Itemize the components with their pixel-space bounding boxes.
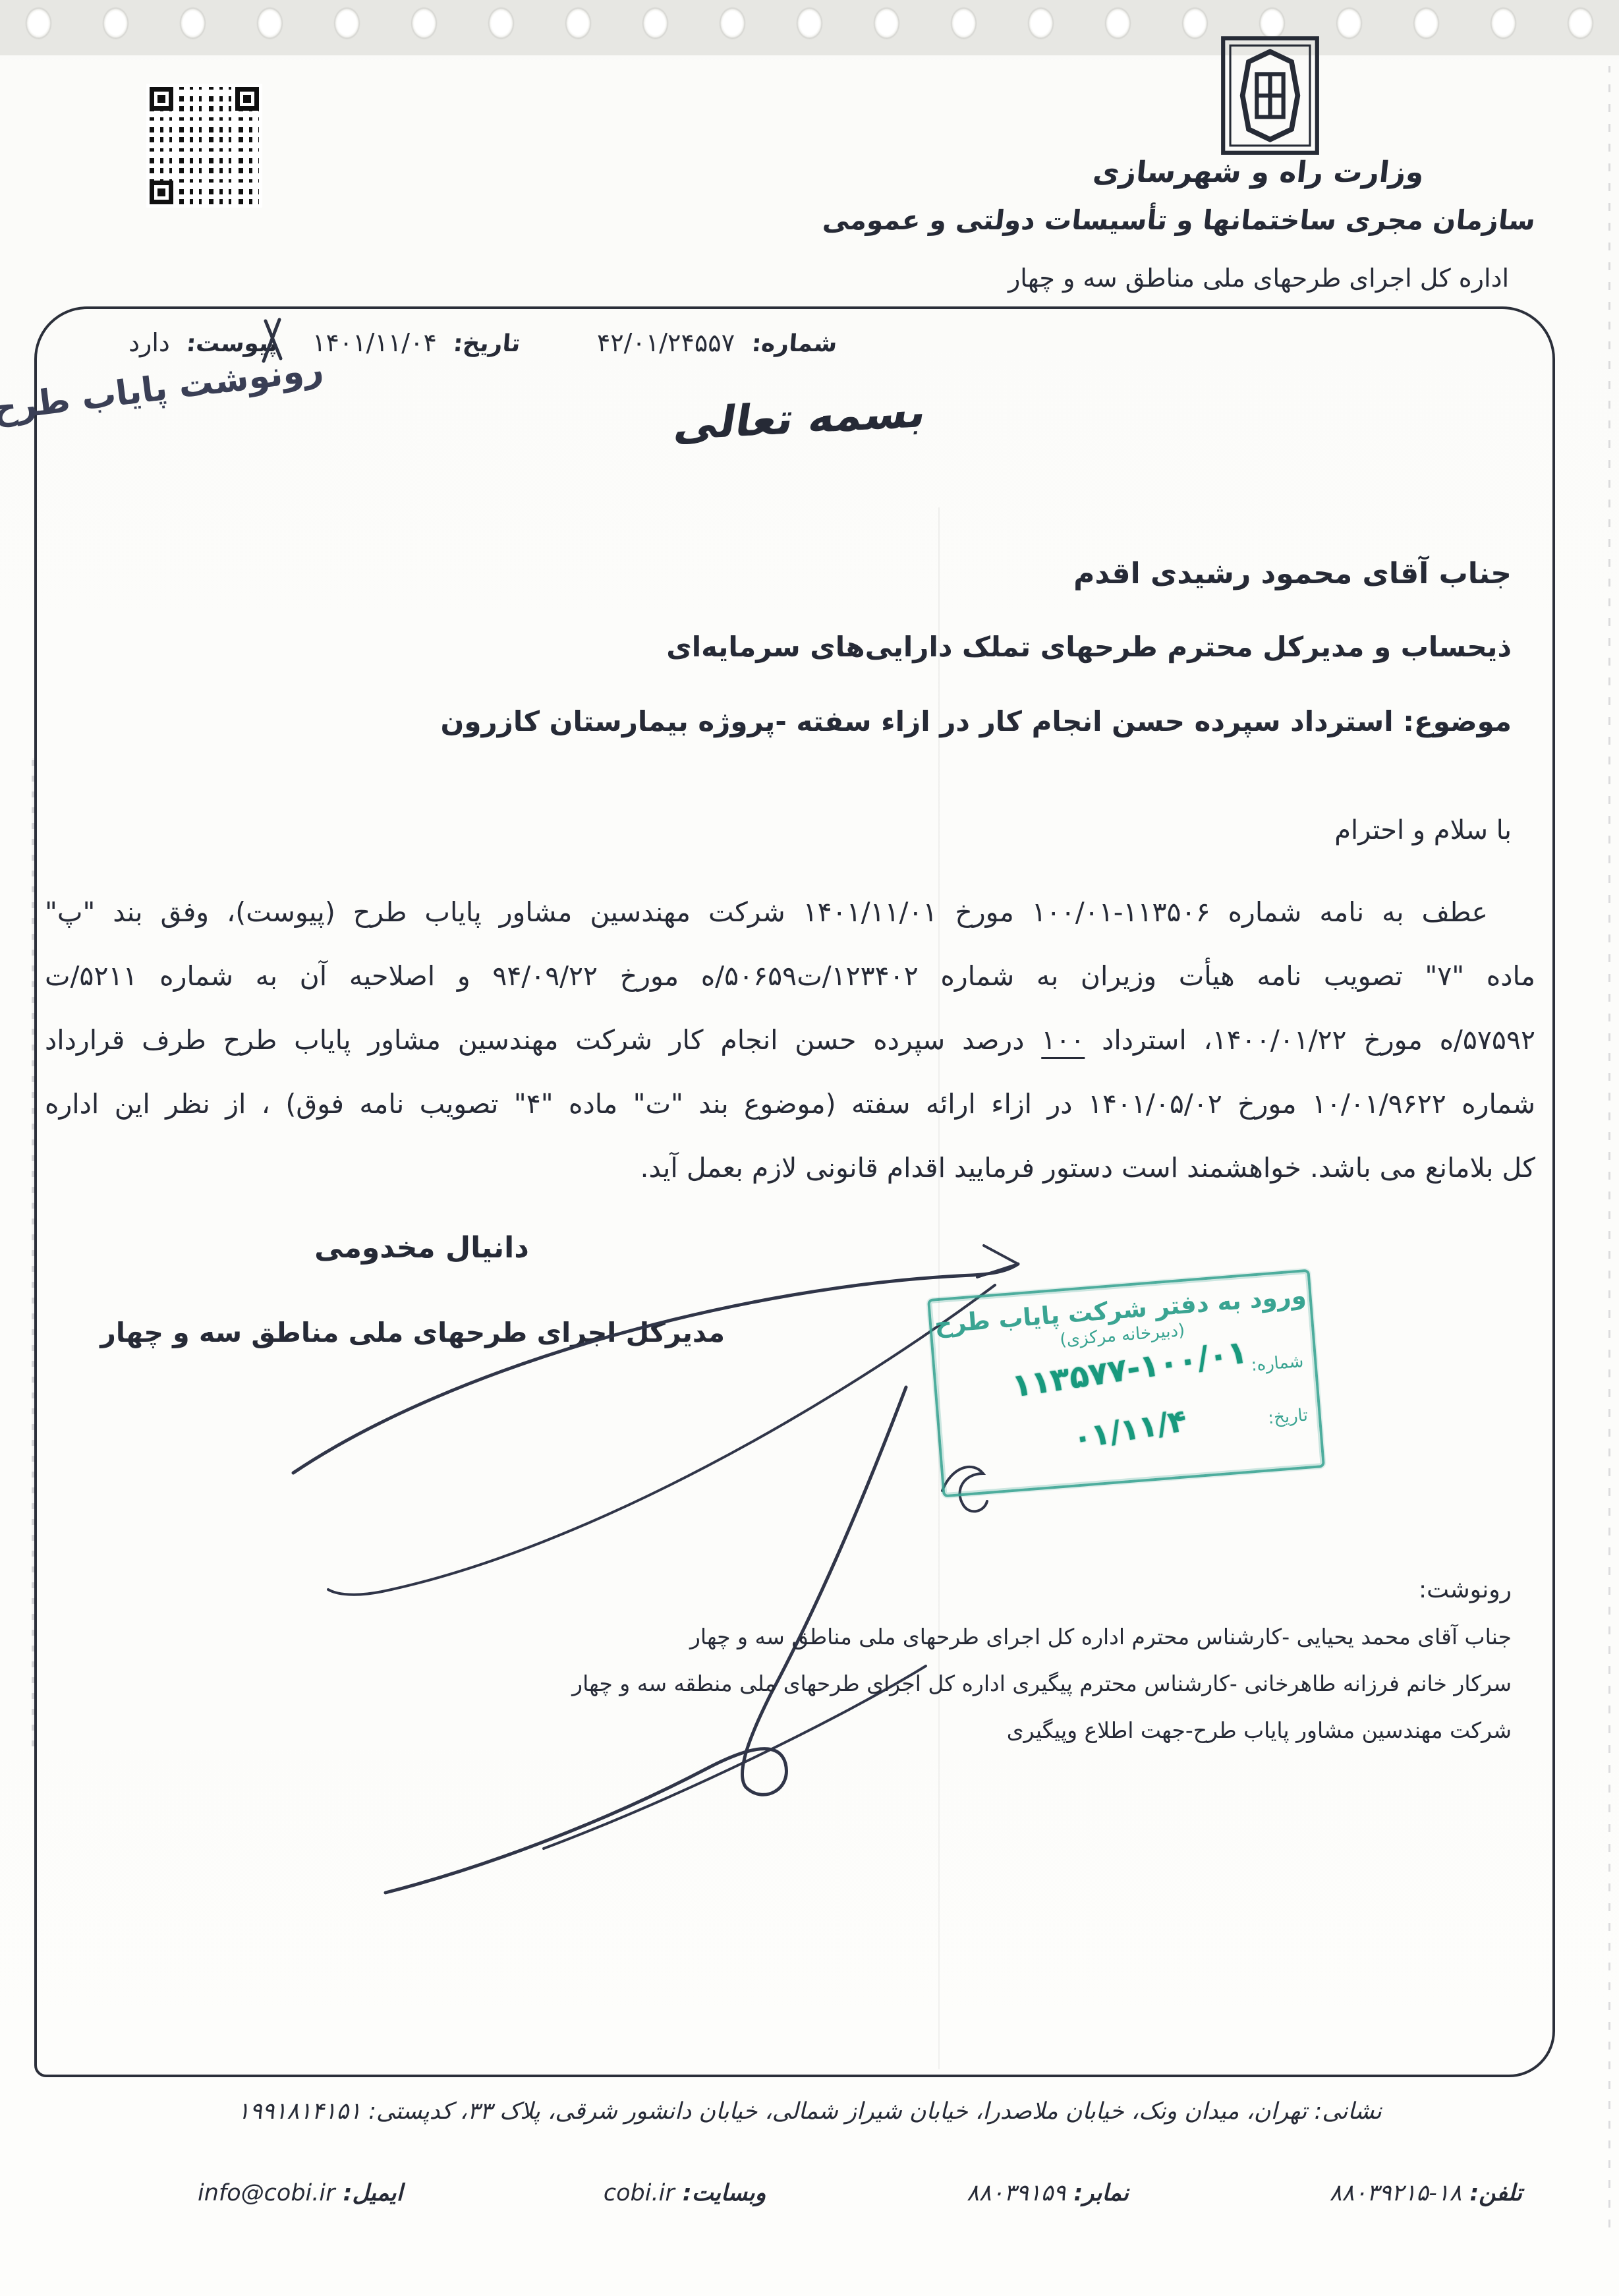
- ministry-name: وزارت راه و شهرسازی: [980, 156, 1537, 189]
- footer-contacts: تلفن:۱۸-۸۸۰۳۹۲۱۵ نمابر:۸۸۰۳۹۱۵۹ وبسایت:c…: [198, 2180, 1522, 2206]
- date-label: تاریخ:: [453, 330, 522, 357]
- website-value: cobi.ir: [604, 2180, 675, 2206]
- footer-address: نشانی: تهران، میدان ونک، خیابان ملاصدرا،…: [66, 2098, 1553, 2125]
- attachment-value: دارد: [128, 328, 170, 357]
- page-edge-right: [1608, 66, 1610, 2227]
- body-line-3-post: درصد سپرده حسن انجام کار شرکت مهندسین مش…: [45, 1024, 1041, 1056]
- underlined-percent-value: ۱۰۰: [1041, 1024, 1085, 1056]
- cc-item: شرکت مهندسین مشاور پایاب طرح-جهت اطلاع و…: [1007, 1717, 1512, 1743]
- cc-label: رونوشت:: [1419, 1576, 1512, 1603]
- subject-line: موضوع: استرداد سپرده حسن انجام کار در از…: [441, 705, 1512, 737]
- footer-fax: نمابر:۸۸۰۳۹۱۵۹: [967, 2180, 1129, 2206]
- qr-finder-icon: [150, 181, 173, 204]
- department-name: اداره کل اجرای طرحهای ملی مناطق سه و چها…: [982, 264, 1535, 293]
- email-label: ایمیل:: [343, 2180, 403, 2206]
- organization-name: سازمان مجری ساختمانها و تأسیسات دولتی و …: [980, 204, 1537, 236]
- fax-label: نمابر:: [1073, 2180, 1129, 2206]
- recipient-name: جناب آقای محمود رشیدی اقدم: [1073, 557, 1512, 590]
- body-line-2: ماده "۷" تصویب نامه هیأت وزیران به شماره…: [45, 960, 1535, 1024]
- stamp-number-label: شماره:: [1251, 1352, 1305, 1375]
- fold-crease: [938, 507, 940, 2069]
- recipient-title: ذیحساب و مدیرکل محترم طرحهای تملک دارایی…: [666, 631, 1512, 663]
- phone-value: ۱۸-۸۸۰۳۹۲۱۵: [1330, 2180, 1462, 2206]
- page-edge-left: [32, 758, 35, 1746]
- salutation: با سلام و احترام: [1334, 815, 1512, 846]
- body-line-3: ۵۷۵۹۲/ه مورخ ۱۴۰۰/۰۱/۲۲، استرداد ۱۰۰ درص…: [45, 1024, 1535, 1088]
- spiral-binding-holes: [0, 0, 1619, 55]
- signature-scribble: [244, 1206, 1041, 1914]
- stamp-date-value: ۰۱/۱۱/۴: [1070, 1402, 1189, 1456]
- number-value: ۴۲/۰۱/۲۴۵۵۷: [597, 328, 735, 357]
- body-line-3-pre: ۵۷۵۹۲/ه مورخ ۱۴۰۰/۰۱/۲۲، استرداد: [1085, 1024, 1535, 1056]
- footer-phone: تلفن:۱۸-۸۸۰۳۹۲۱۵: [1330, 2180, 1522, 2206]
- body-paragraph: عطف به نامه شماره ۱۱۳۵۰۶-۱۰۰/۰۱ مورخ ۱۴۰…: [45, 896, 1535, 1216]
- cc-item: سرکار خانم فرزانه طاهرخانی -کارشناس محتر…: [572, 1671, 1512, 1696]
- letter-date-field: تاریخ: ۱۴۰۱/۱۱/۰۴: [312, 328, 521, 357]
- organization-emblem-icon: [1219, 34, 1321, 157]
- footer-website: وبسایت:cobi.ir: [604, 2180, 766, 2206]
- attachment-field: پیوست: دارد: [128, 328, 278, 357]
- phone-label: تلفن:: [1469, 2180, 1522, 2206]
- fax-value: ۸۸۰۳۹۱۵۹: [967, 2180, 1065, 2206]
- number-label: شماره:: [751, 330, 838, 357]
- email-value: info@cobi.ir: [198, 2180, 335, 2206]
- body-line-4: شماره ۱۰/۰۱/۹۶۲۲ مورخ ۱۴۰۱/۰۵/۰۲ در ازاء…: [45, 1088, 1535, 1152]
- footer-email: ایمیل:info@cobi.ir: [198, 2180, 403, 2206]
- website-label: وبسایت:: [683, 2180, 766, 2206]
- letter-number-field: شماره: ۴۲/۰۱/۲۴۵۵۷: [597, 328, 837, 357]
- date-value: ۱۴۰۱/۱۱/۰۴: [312, 328, 437, 357]
- stamp-date-label: تاریخ:: [1267, 1406, 1309, 1429]
- scanned-letter: وزارت راه و شهرسازی سازمان مجری ساختمانه…: [0, 0, 1619, 2296]
- qr-code-icon: [150, 87, 259, 204]
- entry-stamp: ورود به دفتر شرکت پایاب طرح (دبیرخانه مر…: [927, 1269, 1325, 1498]
- qr-finder-icon: [235, 87, 259, 111]
- body-line-1: عطف به نامه شماره ۱۱۳۵۰۶-۱۰۰/۰۱ مورخ ۱۴۰…: [45, 896, 1535, 960]
- cc-item: جناب آقای محمد یحیایی -کارشناس محترم ادا…: [690, 1624, 1512, 1650]
- qr-finder-icon: [150, 87, 173, 111]
